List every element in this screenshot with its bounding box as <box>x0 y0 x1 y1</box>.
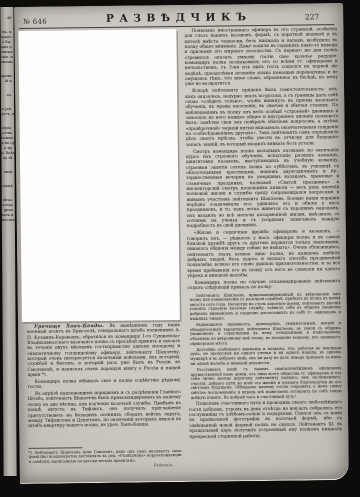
page-number: 227 <box>305 12 319 21</box>
right-column: Появленіе иностраннаго офицера въ его ст… <box>184 27 342 441</box>
gutter-text-fragment <box>1 161 14 170</box>
gutter-text-fragment: анами <box>1 60 14 65</box>
order-paragraph: Лейтенантъ Шаклеевъ, прикомандированный … <box>190 292 341 322</box>
article-lead-text: Въ нынѣшнемъ году нашъ военный агентъ въ… <box>27 323 181 378</box>
scan-background: 46къ, иврядъъ бы.щих цонныяскіе. ианамие… <box>0 0 360 497</box>
order-paragraph: Разставаясь нынѣ съ такимъ симпатичнѣйши… <box>191 366 342 400</box>
order-paragraph: Достойно особеннаго вниманія и похвалы, … <box>190 346 341 366</box>
journal-page: № 646 РАЗВѢДЧИКЪ 227 Урочище Ханъ-Кенды.… <box>14 3 349 484</box>
right-paragraph: «Жизнь и сердечная дружба офицеровъ и ка… <box>187 229 341 279</box>
left-column: Урочище Ханъ-Кенды. Въ нынѣшнемъ году на… <box>27 323 181 431</box>
order-paragraph: Выдающаяся скромность, прямодушіе, уважи… <box>190 321 341 346</box>
gutter-text-fragment <box>1 117 14 126</box>
right-paragraph: Появленіе иностраннаго офицера въ его ст… <box>184 27 338 88</box>
gutter-text-fragment <box>1 98 14 107</box>
footnote: *) Лейтенантъ Шаклеевъ (или Саклеевъ, ка… <box>28 446 181 469</box>
gutter-text-fragment <box>0 21 13 30</box>
article-lead-paragraph: Урочище Ханъ-Кенды. Въ нынѣшнемъ году на… <box>27 323 181 378</box>
blanked-illustration-plate <box>18 29 180 322</box>
closing-paragraph: Пожелавъ счастливаго пути и проводивъ св… <box>189 400 342 439</box>
gutter-text-fragment <box>2 175 15 184</box>
right-paragraph: Смотръ командира полка молодымъ казакамъ… <box>186 148 340 230</box>
gutter-text-fragment <box>2 189 15 198</box>
right-paragraph: Вскорѣ лейтенанту придана была самостоят… <box>185 87 339 148</box>
left-paragraph: Въ апрѣлѣ надлежащимъ порядкомъ и съ раз… <box>28 390 181 429</box>
gutter-text-fragment: ностью <box>2 218 15 223</box>
order-intro-paragraph: Командиръ полка по случаю откомандирован… <box>187 279 340 292</box>
regimental-order-block: Лейтенантъ Шаклеевъ, прикомандированный … <box>188 292 342 401</box>
gutter-text-fragment <box>1 65 14 74</box>
gutter-text-fragment: аетъ, и <box>1 112 14 117</box>
gutter-text-fragment <box>1 84 14 93</box>
left-paragraph: Командиръ полка обѣщалъ свое и полка сод… <box>28 378 181 391</box>
